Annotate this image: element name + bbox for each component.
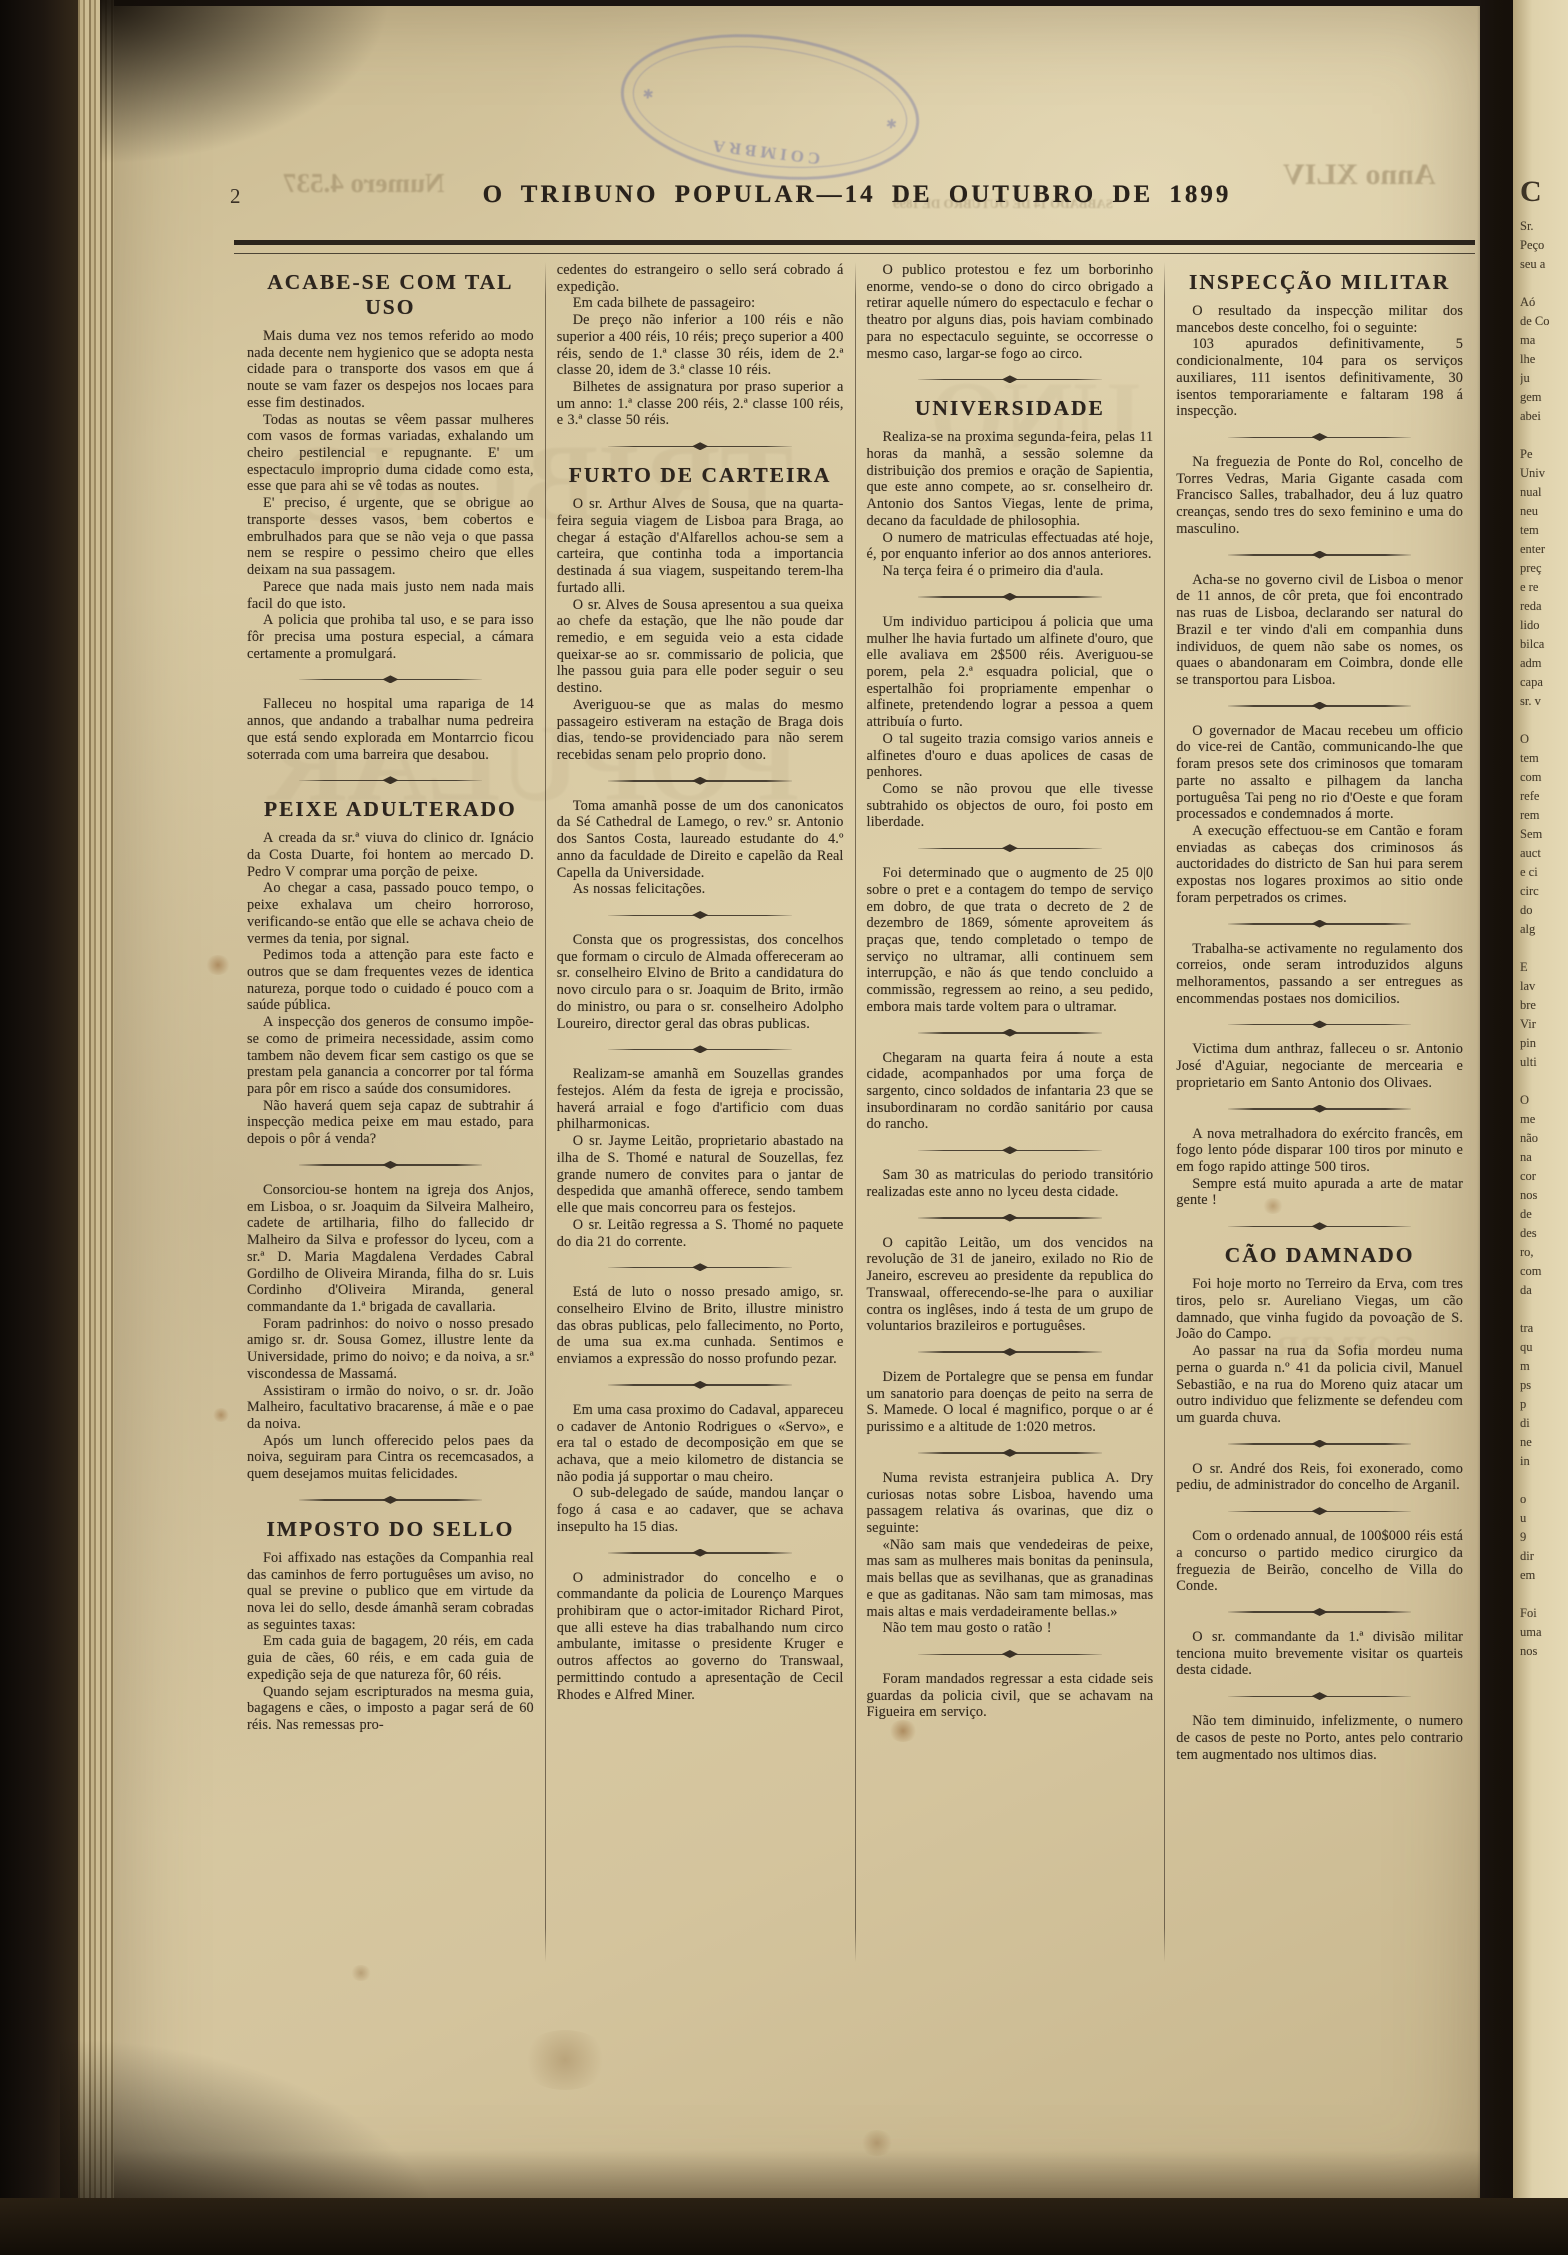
paragraph: Um individuo participou á policia que um… bbox=[867, 614, 1154, 731]
divider-diamond-icon bbox=[692, 1045, 708, 1053]
paragraph: O administrador do concelho e o commanda… bbox=[557, 1570, 844, 1704]
section-divider bbox=[608, 442, 792, 450]
divider-diamond-icon bbox=[1312, 1692, 1328, 1700]
text-fragment: lhe bbox=[1520, 352, 1568, 371]
text-fragment: abei bbox=[1520, 409, 1568, 428]
text-fragment: seu a bbox=[1520, 257, 1568, 276]
paragraph: Foram padrinhos: do noivo o nosso presad… bbox=[247, 1316, 534, 1383]
paragraph: Foi affixado nas estações da Companhia r… bbox=[247, 1550, 534, 1634]
paragraph: Acha-se no governo civil de Lisboa o men… bbox=[1176, 572, 1463, 689]
divider-diamond-icon bbox=[1312, 1608, 1328, 1616]
text-fragment: gem bbox=[1520, 390, 1568, 409]
divider-diamond-icon bbox=[1002, 1650, 1018, 1658]
column-1: ACABE-SE COM TAL USOMais duma vez nos te… bbox=[236, 262, 545, 1962]
adjacent-page-text: Sr.Peçoseu aAóde ComalhejugemabeiPeUnivn… bbox=[1520, 219, 1568, 1663]
text-fragment: 9 bbox=[1520, 1530, 1568, 1549]
paragraph: O tal sugeito trazia comsigo varios anne… bbox=[867, 731, 1154, 781]
paragraph: «Não sam mais que vendedeiras de peixe, … bbox=[867, 1537, 1154, 1621]
text-fragment bbox=[1520, 941, 1568, 960]
paragraph: O sr. Alves de Sousa apresentou a sua qu… bbox=[557, 597, 844, 697]
divider-diamond-icon bbox=[1002, 844, 1018, 852]
paragraph: Foram mandados regressar a esta cidade s… bbox=[867, 1671, 1154, 1721]
divider-diamond-icon bbox=[692, 1263, 708, 1271]
divider-diamond-icon bbox=[692, 1549, 708, 1557]
text-fragment: alg bbox=[1520, 922, 1568, 941]
text-fragment bbox=[1520, 1074, 1568, 1093]
section-divider bbox=[1228, 1507, 1412, 1515]
article-headline: UNIVERSIDADE bbox=[867, 396, 1154, 421]
divider-diamond-icon bbox=[692, 911, 708, 919]
section-divider bbox=[918, 1029, 1102, 1037]
text-fragment: O bbox=[1520, 1093, 1568, 1112]
text-fragment: des bbox=[1520, 1226, 1568, 1245]
paragraph: O resultado da inspecção militar dos man… bbox=[1176, 303, 1463, 336]
paragraph: Com o ordenado annual, de 100$000 réis e… bbox=[1176, 1528, 1463, 1595]
paragraph: Foi hoje morto no Terreiro da Erva, com … bbox=[1176, 1276, 1463, 1343]
text-fragment: nos bbox=[1520, 1644, 1568, 1663]
text-fragment: e re bbox=[1520, 580, 1568, 599]
text-fragment: refe bbox=[1520, 789, 1568, 808]
text-fragment: pin bbox=[1520, 1036, 1568, 1055]
adjacent-page-content: C Sr.Peçoseu aAóde ComalhejugemabeiPeUni… bbox=[1513, 0, 1568, 1663]
section-divider bbox=[918, 1650, 1102, 1658]
text-fragment: Aó bbox=[1520, 295, 1568, 314]
text-fragment: nos bbox=[1520, 1188, 1568, 1207]
divider-diamond-icon bbox=[1002, 1449, 1018, 1457]
section-divider bbox=[918, 1348, 1102, 1356]
section-divider bbox=[1228, 1020, 1412, 1028]
text-fragment bbox=[1520, 428, 1568, 447]
column-4: INSPECÇÃO MILITARO resultado da inspecçã… bbox=[1165, 262, 1474, 1962]
text-fragment: O bbox=[1520, 732, 1568, 751]
adjacent-page-initial: C bbox=[1520, 175, 1568, 209]
text-fragment: di bbox=[1520, 1416, 1568, 1435]
text-fragment: Sr. bbox=[1520, 219, 1568, 238]
adjacent-page-edge: C Sr.Peçoseu aAóde ComalhejugemabeiPeUni… bbox=[1513, 0, 1568, 2205]
paragraph: 103 apurados definitivamente, 5 condicio… bbox=[1176, 336, 1463, 420]
text-fragment: Vir bbox=[1520, 1017, 1568, 1036]
divider-diamond-icon bbox=[382, 776, 398, 784]
section-divider bbox=[1228, 551, 1412, 559]
paragraph: O governador de Macau recebeu um officio… bbox=[1176, 723, 1463, 823]
article-headline: INSPECÇÃO MILITAR bbox=[1176, 270, 1463, 295]
divider-diamond-icon bbox=[1312, 920, 1328, 928]
paragraph: Consorciou-se hontem na igreja dos Anjos… bbox=[247, 1182, 534, 1316]
divider-diamond-icon bbox=[382, 1161, 398, 1169]
text-fragment: uma bbox=[1520, 1625, 1568, 1644]
column-3: O publico protestou e fez um borborinho … bbox=[856, 262, 1165, 1962]
paragraph: O sr. André dos Reis, foi exonerado, com… bbox=[1176, 1461, 1463, 1494]
text-fragment: com bbox=[1520, 1264, 1568, 1283]
newspaper-masthead-title: O TRIBUNO POPULAR—14 DE OUTUBRO DE 1899 bbox=[238, 181, 1476, 209]
paragraph: De preço não inferior a 100 réis e não s… bbox=[557, 312, 844, 379]
paragraph: Consta que os progressistas, dos concelh… bbox=[557, 932, 844, 1032]
text-fragment: ju bbox=[1520, 371, 1568, 390]
text-fragment: lido bbox=[1520, 618, 1568, 637]
paragraph: A inspecção dos generos de consumo impõe… bbox=[247, 1014, 534, 1098]
text-fragment: sr. v bbox=[1520, 694, 1568, 713]
paragraph: Toma amanhã posse de um dos canonicatos … bbox=[557, 798, 844, 882]
divider-diamond-icon bbox=[1312, 1105, 1328, 1113]
paragraph: Foi determinado que o augmento de 25 0|0… bbox=[867, 865, 1154, 1015]
text-fragment: auct bbox=[1520, 846, 1568, 865]
paragraph: A nova metralhadora do exército francês,… bbox=[1176, 1126, 1463, 1176]
paragraph: Trabalha-se activamente no regulamento d… bbox=[1176, 941, 1463, 1008]
divider-diamond-icon bbox=[382, 675, 398, 683]
divider-diamond-icon bbox=[382, 1496, 398, 1504]
paragraph: A creada da sr.ª viuva do clinico dr. Ig… bbox=[247, 830, 534, 880]
text-fragment: preç bbox=[1520, 561, 1568, 580]
divider-diamond-icon bbox=[1002, 1348, 1018, 1356]
divider-diamond-icon bbox=[1002, 1029, 1018, 1037]
stamp-star-icon: ✱ bbox=[642, 84, 655, 101]
section-divider bbox=[299, 675, 483, 683]
paragraph: Chegaram na quarta feira á noute a esta … bbox=[867, 1050, 1154, 1134]
text-fragment: o bbox=[1520, 1492, 1568, 1511]
paragraph: Em cada bilhete de passageiro: bbox=[557, 295, 844, 312]
paragraph: Todas as noutas se vêem passar mulheres … bbox=[247, 412, 534, 496]
text-fragment: neu bbox=[1520, 504, 1568, 523]
page-bottom-shadow bbox=[114, 2150, 1480, 2200]
paragraph: O sr. Arthur Alves de Sousa, que na quar… bbox=[557, 496, 844, 596]
paragraph: O sub-delegado de saúde, mandou lançar o… bbox=[557, 1485, 844, 1535]
text-fragment: adm bbox=[1520, 656, 1568, 675]
text-fragment: Foi bbox=[1520, 1606, 1568, 1625]
divider-diamond-icon bbox=[1312, 1440, 1328, 1448]
article-headline: PEIXE ADULTERADO bbox=[247, 797, 534, 822]
section-divider bbox=[299, 1496, 483, 1504]
text-fragment: qu bbox=[1520, 1340, 1568, 1359]
paragraph: Realiza-se na proxima segunda-feira, pel… bbox=[867, 429, 1154, 529]
section-divider bbox=[608, 1263, 792, 1271]
paragraph: cedentes do estrangeiro o sello será cob… bbox=[557, 262, 844, 295]
section-divider bbox=[1228, 1608, 1412, 1616]
paragraph: Mais duma vez nos temos referido ao modo… bbox=[247, 328, 534, 412]
text-fragment: ro, bbox=[1520, 1245, 1568, 1264]
text-fragment: circ bbox=[1520, 884, 1568, 903]
section-divider bbox=[1228, 1222, 1412, 1230]
paragraph: Assistiram o irmão do noivo, o sr. dr. J… bbox=[247, 1383, 534, 1433]
article-headline: IMPOSTO DO SELLO bbox=[247, 1517, 534, 1542]
section-divider bbox=[299, 776, 483, 784]
text-fragment: me bbox=[1520, 1112, 1568, 1131]
paragraph: Em uma casa proximo do Cadaval, apparece… bbox=[557, 1402, 844, 1486]
scan-bottom-edge bbox=[0, 2198, 1568, 2255]
section-divider bbox=[608, 911, 792, 919]
text-fragment: tem bbox=[1520, 523, 1568, 542]
text-fragment: Peço bbox=[1520, 238, 1568, 257]
paragraph: Após um lunch offerecido pelos paes da n… bbox=[247, 1433, 534, 1483]
section-divider bbox=[608, 1045, 792, 1053]
text-fragment: da bbox=[1520, 1283, 1568, 1302]
text-fragment: reda bbox=[1520, 599, 1568, 618]
section-divider bbox=[918, 1449, 1102, 1457]
paragraph: Quando sejam escripturados na mesma guia… bbox=[247, 1684, 534, 1734]
paragraph: Numa revista estranjeira publica A. Dry … bbox=[867, 1470, 1154, 1537]
paragraph: Victima dum anthraz, falleceu o sr. Anto… bbox=[1176, 1041, 1463, 1091]
text-fragment: capa bbox=[1520, 675, 1568, 694]
divider-diamond-icon bbox=[1312, 1507, 1328, 1515]
text-fragment: enter bbox=[1520, 542, 1568, 561]
paragraph: O publico protestou e fez um borborinho … bbox=[867, 262, 1154, 362]
text-fragment: Sem bbox=[1520, 827, 1568, 846]
article-headline: FURTO DE CARTEIRA bbox=[557, 463, 844, 488]
section-divider bbox=[918, 1146, 1102, 1154]
text-fragment: u bbox=[1520, 1511, 1568, 1530]
divider-diamond-icon bbox=[692, 777, 708, 785]
section-divider bbox=[1228, 1440, 1412, 1448]
paragraph: E' preciso, é urgente, que se obrigue ao… bbox=[247, 495, 534, 579]
divider-diamond-icon bbox=[1312, 702, 1328, 710]
article-headline: ACABE-SE COM TAL USO bbox=[247, 270, 534, 320]
paragraph: O sr. commandante da 1.ª divisão militar… bbox=[1176, 1629, 1463, 1679]
section-divider bbox=[1228, 1105, 1412, 1113]
text-fragment: lav bbox=[1520, 979, 1568, 998]
paragraph: Sempre está muito apurada a arte de mata… bbox=[1176, 1176, 1463, 1209]
article-headline: CÃO DAMNADO bbox=[1176, 1243, 1463, 1268]
paragraph: Averiguou-se que as malas do mesmo passa… bbox=[557, 697, 844, 764]
text-fragment: Univ bbox=[1520, 466, 1568, 485]
divider-diamond-icon bbox=[1002, 1214, 1018, 1222]
paragraph: Ao passar na rua da Sofia mordeu numa pe… bbox=[1176, 1343, 1463, 1427]
paragraph: Falleceu no hospital uma rapariga de 14 … bbox=[247, 696, 534, 763]
paragraph: Como se não provou que elle tivesse subt… bbox=[867, 781, 1154, 831]
section-divider bbox=[299, 1161, 483, 1169]
section-divider bbox=[918, 375, 1102, 383]
section-divider bbox=[918, 593, 1102, 601]
column-2: cedentes do estrangeiro o sello será cob… bbox=[546, 262, 855, 1962]
text-fragment: não bbox=[1520, 1131, 1568, 1150]
text-fragment: na bbox=[1520, 1150, 1568, 1169]
section-divider bbox=[918, 1214, 1102, 1222]
text-fragment: bre bbox=[1520, 998, 1568, 1017]
paragraph: Na freguezia de Ponte do Rol, concelho d… bbox=[1176, 454, 1463, 538]
paragraph: Não haverá quem seja capaz de subtrahir … bbox=[247, 1098, 534, 1148]
section-divider bbox=[608, 1381, 792, 1389]
paragraph: Na terça feira é o primeiro dia d'aula. bbox=[867, 563, 1154, 580]
section-divider bbox=[918, 844, 1102, 852]
text-fragment: p bbox=[1520, 1397, 1568, 1416]
divider-diamond-icon bbox=[1312, 433, 1328, 441]
text-fragment: E bbox=[1520, 960, 1568, 979]
paragraph: A execução effectuou-se em Cantão e fora… bbox=[1176, 823, 1463, 907]
text-fragment: de bbox=[1520, 1207, 1568, 1226]
divider-diamond-icon bbox=[1002, 375, 1018, 383]
paragraph: A policia que prohiba tal uso, e se para… bbox=[247, 612, 534, 662]
section-divider bbox=[1228, 1692, 1412, 1700]
paragraph: Não tem mau gosto o ratão ! bbox=[867, 1620, 1154, 1637]
paragraph: As nossas felicitações. bbox=[557, 881, 844, 898]
page-fold-gap bbox=[1477, 0, 1513, 2255]
paragraph: O sr. Jayme Leitão, proprietario abastad… bbox=[557, 1133, 844, 1217]
text-fragment: de Co bbox=[1520, 314, 1568, 333]
text-fragment bbox=[1520, 1473, 1568, 1492]
section-divider bbox=[1228, 702, 1412, 710]
newspaper-scan: Numero 4.537Anno XLIVSABBADO 14 DE OUTUB… bbox=[0, 0, 1568, 2255]
text-fragment: e ci bbox=[1520, 865, 1568, 884]
text-fragment: ma bbox=[1520, 333, 1568, 352]
paragraph: Realizam-se amanhã em Souzellas grandes … bbox=[557, 1066, 844, 1133]
section-divider bbox=[608, 1549, 792, 1557]
text-fragment: cor bbox=[1520, 1169, 1568, 1188]
divider-diamond-icon bbox=[1312, 1222, 1328, 1230]
paragraph: Em cada guia de bagagem, 20 réis, em cad… bbox=[247, 1633, 534, 1683]
section-divider bbox=[608, 777, 792, 785]
section-divider bbox=[1228, 433, 1412, 441]
paragraph: Dizem de Portalegre que se pensa em fund… bbox=[867, 1369, 1154, 1436]
text-fragment: ne bbox=[1520, 1435, 1568, 1454]
paragraph: Ao chegar a casa, passado pouco tempo, o… bbox=[247, 880, 534, 947]
article-columns: ACABE-SE COM TAL USOMais duma vez nos te… bbox=[236, 262, 1474, 1962]
paragraph: O capitão Leitão, um dos vencidos na rev… bbox=[867, 1235, 1154, 1335]
book-spine bbox=[0, 0, 78, 2255]
text-fragment: rem bbox=[1520, 808, 1568, 827]
paragraph: Parece que nada mais justo nem nada mais… bbox=[247, 579, 534, 612]
divider-diamond-icon bbox=[692, 442, 708, 450]
text-fragment: tra bbox=[1520, 1321, 1568, 1340]
stacked-page-edges bbox=[78, 0, 114, 2255]
divider-diamond-icon bbox=[1312, 1020, 1328, 1028]
text-fragment bbox=[1520, 1302, 1568, 1321]
divider-diamond-icon bbox=[692, 1381, 708, 1389]
text-fragment bbox=[1520, 713, 1568, 732]
section-divider bbox=[1228, 920, 1412, 928]
divider-diamond-icon bbox=[1312, 551, 1328, 559]
divider-diamond-icon bbox=[1002, 593, 1018, 601]
paragraph: Não tem diminuido, infelizmente, o numer… bbox=[1176, 1713, 1463, 1763]
text-fragment: in bbox=[1520, 1454, 1568, 1473]
paragraph: Está de luto o nosso presado amigo, sr. … bbox=[557, 1284, 844, 1368]
stamp-star-icon: ✱ bbox=[885, 114, 898, 131]
text-fragment bbox=[1520, 276, 1568, 295]
paragraph: Pedimos toda a attenção para este facto … bbox=[247, 947, 534, 1014]
paragraph: O sr. Leitão regressa a S. Thomé no paqu… bbox=[557, 1217, 844, 1250]
text-fragment: tem bbox=[1520, 751, 1568, 770]
text-fragment: m bbox=[1520, 1359, 1568, 1378]
divider-diamond-icon bbox=[1002, 1146, 1018, 1154]
text-fragment: Pe bbox=[1520, 447, 1568, 466]
text-fragment: dir bbox=[1520, 1549, 1568, 1568]
header-rule bbox=[234, 240, 1475, 254]
text-fragment: bilca bbox=[1520, 637, 1568, 656]
text-fragment: nual bbox=[1520, 485, 1568, 504]
text-fragment: ps bbox=[1520, 1378, 1568, 1397]
text-fragment: em bbox=[1520, 1568, 1568, 1587]
text-fragment bbox=[1520, 1587, 1568, 1606]
paragraph: O numero de matriculas effectuadas até h… bbox=[867, 530, 1154, 563]
paragraph: Sam 30 as matriculas do periodo transitó… bbox=[867, 1167, 1154, 1200]
paragraph: Bilhetes de assignatura por praso superi… bbox=[557, 379, 844, 429]
text-fragment: com bbox=[1520, 770, 1568, 789]
text-fragment: ulti bbox=[1520, 1055, 1568, 1074]
text-fragment: do bbox=[1520, 903, 1568, 922]
